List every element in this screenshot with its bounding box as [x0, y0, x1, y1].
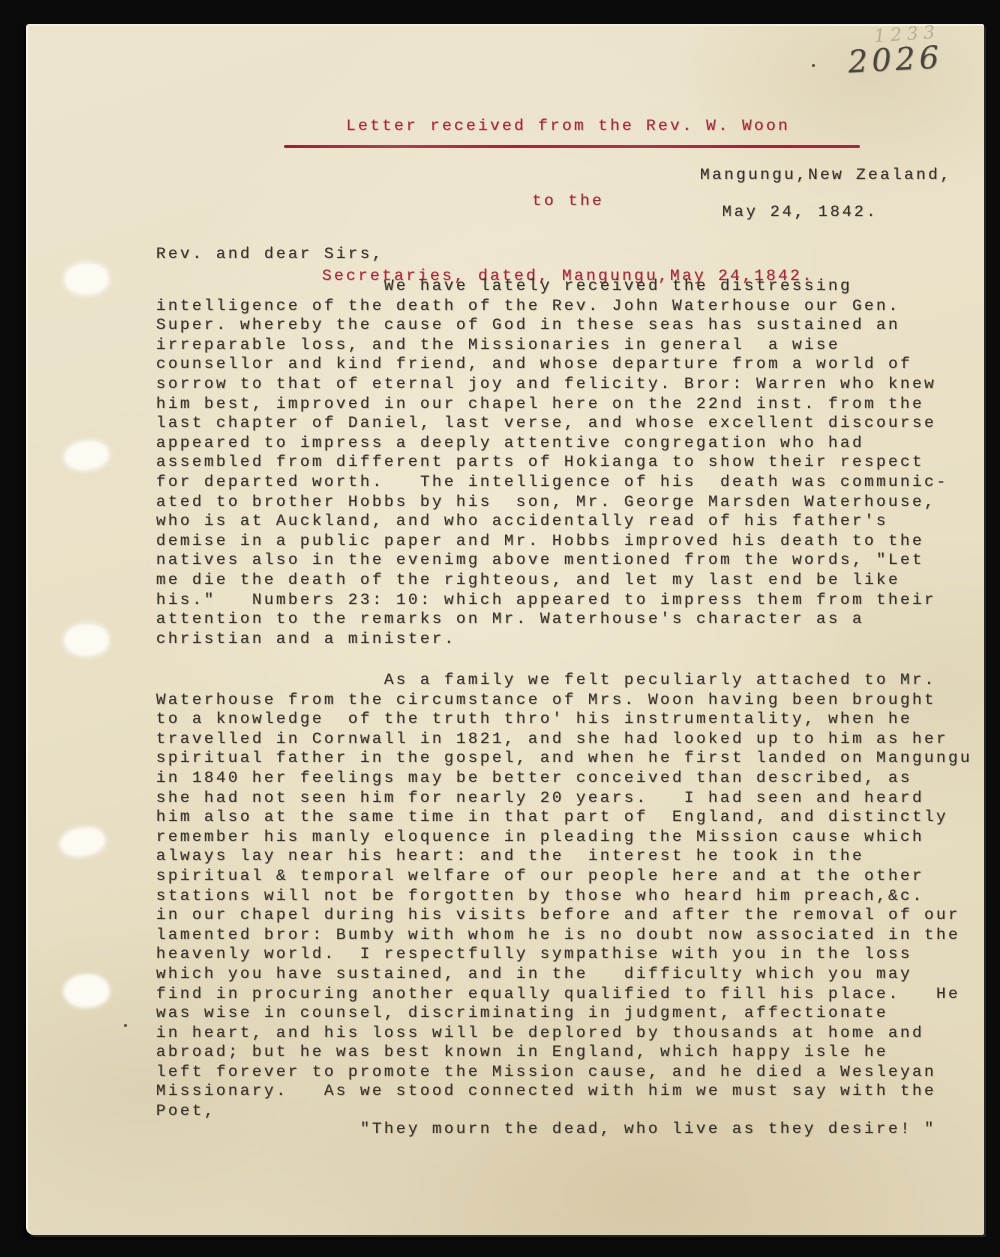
heading-rule	[284, 145, 860, 148]
letter-body-paragraph-2: As a family we felt peculiarly attached …	[156, 671, 972, 1122]
heading-line-1: Letter received from the Rev. W. Woon	[268, 114, 868, 139]
dateline-date: May 24, 1842.	[722, 203, 878, 223]
dateline-place: Mangungu,New Zealand,	[700, 166, 952, 186]
letter-page: 1233 2026 Letter received from the Rev. …	[26, 24, 984, 1235]
punch-hole	[63, 623, 110, 657]
salutation: Rev. and dear Sirs,	[156, 245, 384, 265]
ink-speck	[812, 64, 815, 67]
scanned-letter: 1233 2026 Letter received from the Rev. …	[0, 0, 1000, 1257]
letter-body-paragraph-1: We have lately received the distressing …	[156, 277, 948, 649]
punch-hole	[63, 262, 110, 296]
punch-hole	[63, 974, 110, 1008]
poet-quote: "They mourn the dead, who live as they d…	[360, 1120, 936, 1140]
ink-speck	[124, 1024, 127, 1027]
punch-hole	[62, 438, 112, 474]
punch-hole	[57, 824, 108, 860]
